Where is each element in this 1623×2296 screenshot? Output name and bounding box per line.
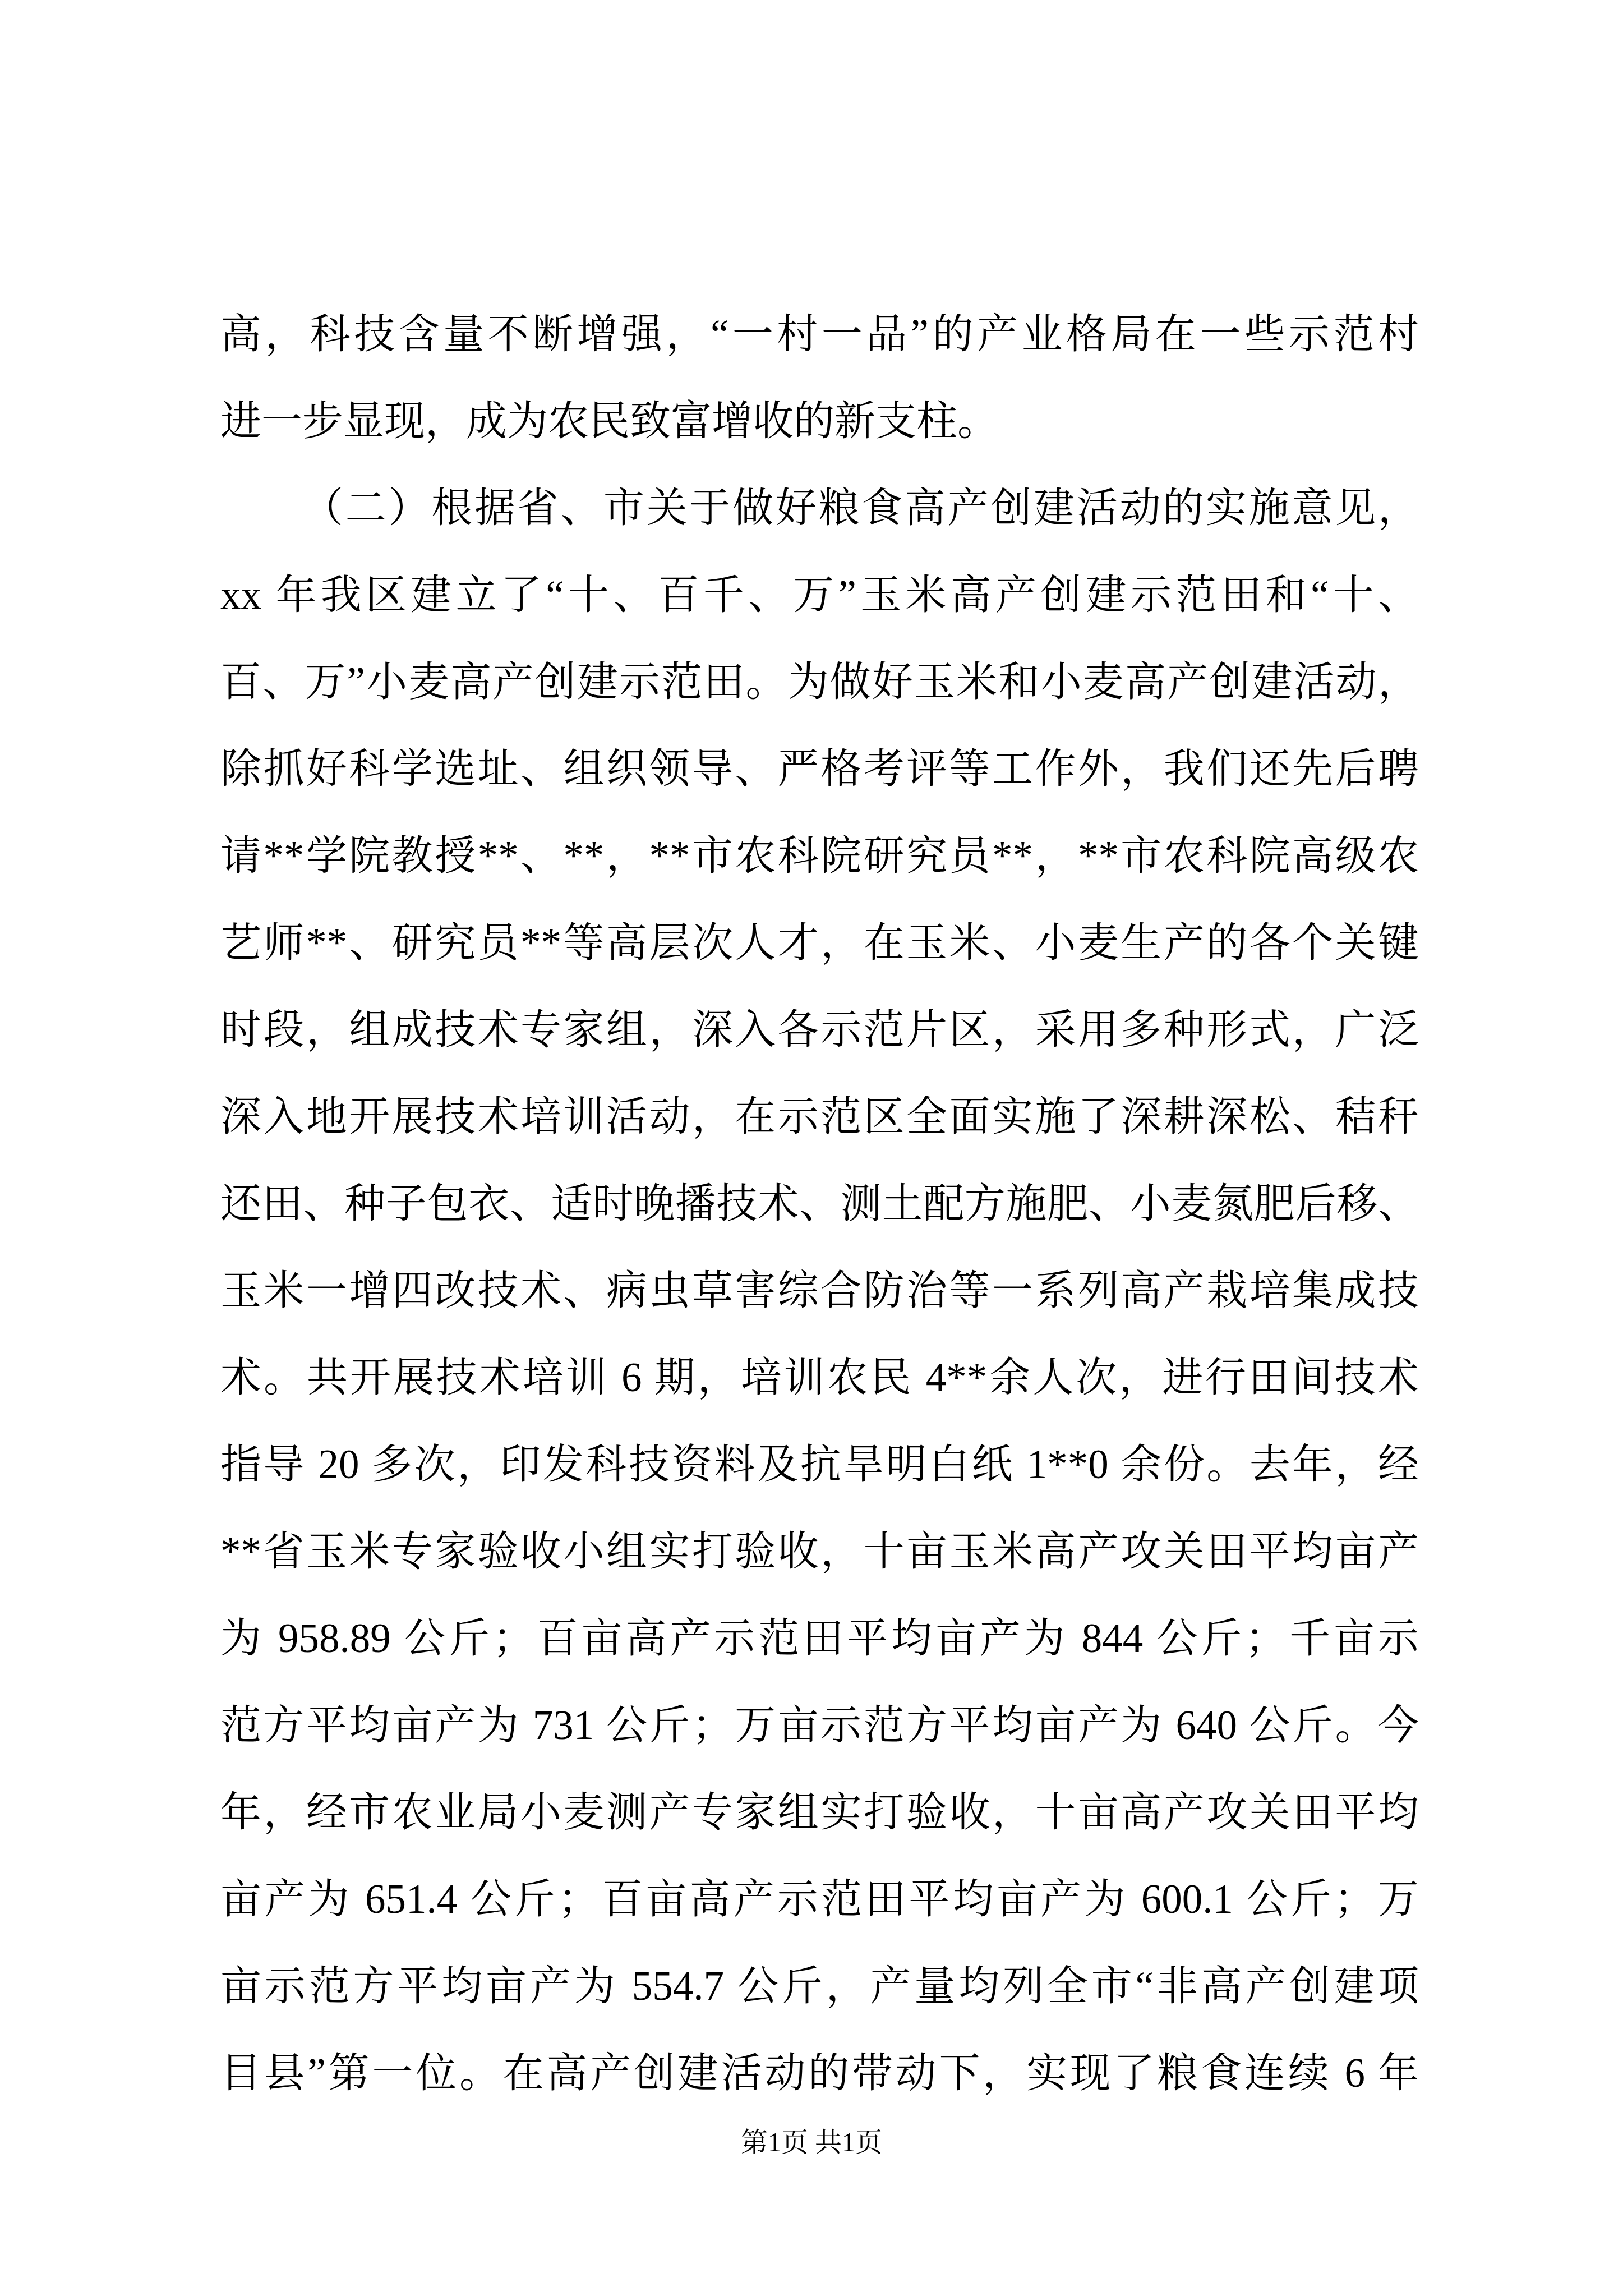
text-line-4: xx 年我区建立了“十、百千、万”玉米高产创建示范田和“十、 (220, 551, 1419, 638)
text-line-6: 除抓好科学选址、组织领导、严格考评等工作外，我们还先后聘 (220, 725, 1419, 812)
text-line-17: 范方平均亩产为 731 公斤；万亩示范方平均亩产为 640 公斤。今 (220, 1682, 1419, 1769)
page-number-label: 第1页 共1页 (741, 2128, 882, 2157)
text-line-13: 术。共开展技术培训 6 期，培训农民 4**余人次，进行田间技术 (220, 1334, 1419, 1421)
document-body: 高，科技含量不断增强，“一村一品”的产业格局在一些示范村 进一步显现，成为农民致… (220, 291, 1419, 2116)
text-line-20: 亩示范方平均亩产为 554.7 公斤，产量均列全市“非高产创建项 (220, 1943, 1419, 2030)
text-line-8: 艺师**、研究员**等高层次人才，在玉米、小麦生产的各个关键 (220, 899, 1419, 986)
text-line-19: 亩产为 651.4 公斤；百亩高产示范田平均亩产为 600.1 公斤；万 (220, 1856, 1419, 1943)
page-footer: 第1页 共1页 (0, 2123, 1623, 2162)
text-line-12: 玉米一增四改技术、病虫草害综合防治等一系列高产栽培集成技 (220, 1247, 1419, 1334)
text-line-3: （二）根据省、市关于做好粮食高产创建活动的实施意见， (220, 464, 1419, 551)
text-line-9: 时段，组成技术专家组，深入各示范片区，采用多种形式，广泛 (220, 986, 1419, 1073)
text-line-21: 目县”第一位。在高产创建活动的带动下，实现了粮食连续 6 年 (220, 2030, 1419, 2116)
text-line-14: 指导 20 多次，印发科技资料及抗旱明白纸 1**0 余份。去年，经 (220, 1421, 1419, 1508)
text-line-10: 深入地开展技术培训活动，在示范区全面实施了深耕深松、秸秆 (220, 1073, 1419, 1160)
text-line-18: 年，经市农业局小麦测产专家组实打验收，十亩高产攻关田平均 (220, 1769, 1419, 1856)
text-line-5: 百、万”小麦高产创建示范田。为做好玉米和小麦高产创建活动， (220, 638, 1419, 725)
document-page: 高，科技含量不断增强，“一村一品”的产业格局在一些示范村 进一步显现，成为农民致… (0, 0, 1623, 2296)
text-line-1: 高，科技含量不断增强，“一村一品”的产业格局在一些示范村 (220, 291, 1419, 378)
text-line-15: **省玉米专家验收小组实打验收，十亩玉米高产攻关田平均亩产 (220, 1508, 1419, 1595)
text-line-11: 还田、种子包衣、适时晚播技术、测土配方施肥、小麦氮肥后移、 (220, 1160, 1419, 1247)
text-line-7: 请**学院教授**、**，**市农科院研究员**，**市农科院高级农 (220, 812, 1419, 899)
text-line-16: 为 958.89 公斤；百亩高产示范田平均亩产为 844 公斤；千亩示 (220, 1595, 1419, 1682)
text-line-2: 进一步显现，成为农民致富增收的新支柱。 (220, 378, 1419, 464)
